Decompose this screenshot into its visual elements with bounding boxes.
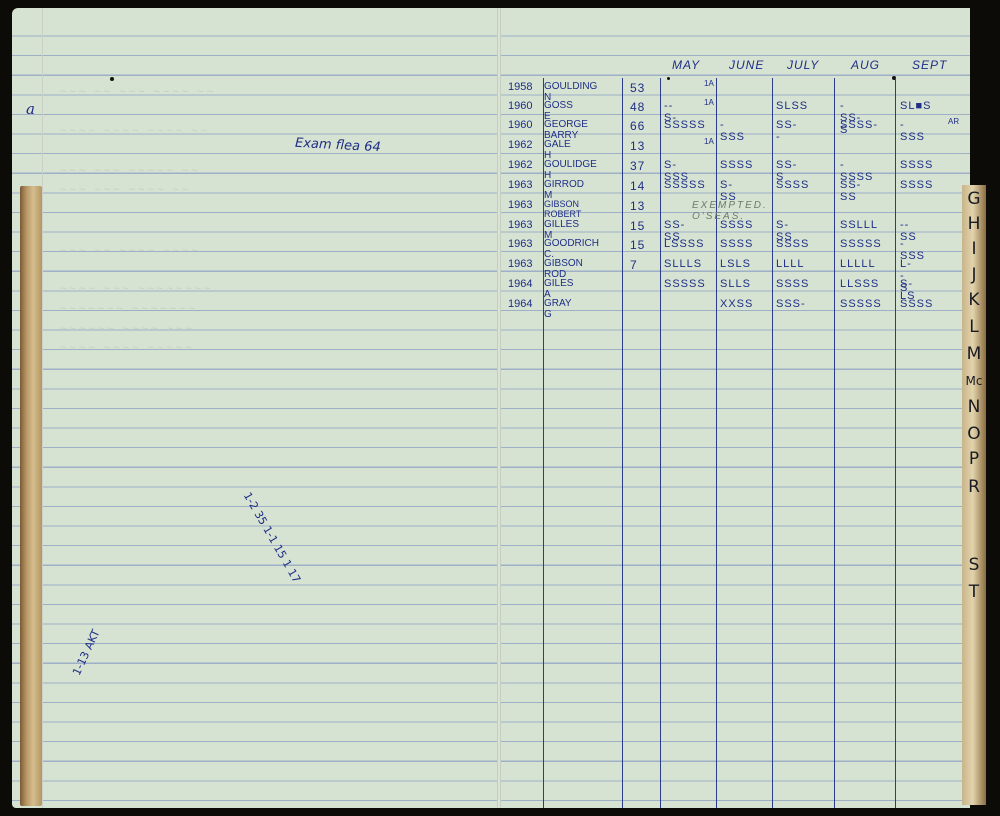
june-attendance: SLLS	[720, 278, 751, 290]
july-attendance: SSSS	[776, 179, 809, 191]
year: 1963	[508, 219, 532, 231]
july-attendance: SSSS	[776, 238, 809, 250]
page-impression: ~~~~ ~~~~ ~~~~~	[60, 342, 195, 354]
july-attendance: SSSS	[776, 278, 809, 290]
may-attendance: SSSSS	[664, 119, 706, 131]
june-attendance: -SSS	[720, 119, 745, 143]
member-name: Goodrich C.	[544, 238, 599, 260]
member-number: 14	[630, 179, 645, 193]
punch-dot	[110, 77, 114, 81]
index-tab-r[interactable]: R	[962, 475, 986, 500]
index-tab-t[interactable]: T	[962, 580, 986, 605]
july-attendance: SSS-	[776, 298, 806, 310]
year: 1962	[508, 139, 532, 151]
aug-attendance: LLSSS	[840, 278, 879, 290]
month-header-june: JUNE	[729, 58, 764, 72]
member-number: 13	[630, 139, 645, 153]
year: 1964	[508, 298, 532, 310]
year: 1962	[508, 159, 532, 171]
left-page-edge	[20, 186, 42, 806]
month-header-sept: SEPT	[912, 58, 947, 72]
member-number: 7	[630, 258, 638, 272]
aug-attendance: SS-SS	[840, 179, 861, 203]
punch-dot	[667, 77, 670, 80]
may-attendance: SLLLS	[664, 258, 702, 270]
sept-attendance: SSSS	[900, 298, 933, 310]
june-attendance: LSLS	[720, 258, 751, 270]
july-attendance: SLSS	[776, 100, 808, 112]
column-line	[895, 78, 896, 808]
may-note: 1A	[704, 98, 714, 107]
page-impression: ~~~~~~~ ~~~~~~~	[60, 303, 198, 315]
margin-letter: a	[26, 100, 35, 118]
month-header-may: MAY	[672, 58, 700, 72]
sept-attendance: SSSS	[900, 179, 933, 191]
index-tab-h[interactable]: H	[962, 212, 986, 237]
member-number: 66	[630, 119, 645, 133]
index-tab-l[interactable]: L	[962, 315, 986, 340]
index-tabs: G H I J K L M Mc N O P R S T	[962, 185, 986, 805]
member-name: Giles A	[544, 278, 573, 300]
year: 1960	[508, 100, 532, 112]
page-impression: ~~~ ~~~ ~~~~ ~~	[60, 184, 191, 196]
member-number: 37	[630, 159, 645, 173]
may-attendance: SSSSS	[664, 179, 706, 191]
year: 1963	[508, 199, 532, 211]
index-tab-j[interactable]: J	[962, 263, 986, 288]
member-name: George Barry	[544, 119, 588, 141]
page-impression: ~~~ ~~~ ~~~~~ ~~	[60, 165, 201, 177]
month-header-july: JULY	[787, 58, 819, 72]
year: 1963	[508, 179, 532, 191]
member-number: 15	[630, 219, 645, 233]
aug-attendance: SSSSS	[840, 298, 882, 310]
year: 1963	[508, 238, 532, 250]
index-tab-p[interactable]: P	[962, 447, 986, 472]
member-name: Gibson Robert	[544, 199, 581, 219]
index-tab-g[interactable]: G	[962, 187, 986, 212]
page-impression: ~~~~ ~~~~ ~~~~ ~~	[60, 125, 210, 137]
page-impression: ~~~ ~~ ~~~ ~~~~ ~~	[60, 86, 216, 98]
year: 1958	[508, 81, 532, 93]
sept-attendance: SSSS	[900, 159, 933, 171]
index-tab-o[interactable]: O	[962, 422, 986, 447]
month-header-aug: AUG	[851, 58, 880, 72]
index-tab-m[interactable]: M	[962, 342, 986, 367]
index-tab-n[interactable]: N	[962, 395, 986, 420]
member-name: Girrod M	[544, 179, 584, 201]
sept-attendance: -SSS	[900, 119, 925, 143]
index-tab-mc[interactable]: Mc	[962, 369, 986, 394]
page-impression: ~~~~ ~~~ ~~~~~~~~	[60, 283, 213, 295]
june-attendance: SSSS	[720, 159, 753, 171]
aug-attendance: SSLLL	[840, 219, 878, 231]
member-number: 48	[630, 100, 645, 114]
member-name: Gale H	[544, 139, 571, 161]
aug-attendance: SSSSS	[840, 238, 882, 250]
index-tab-s[interactable]: S	[962, 553, 986, 578]
member-name: Gray G	[544, 298, 571, 320]
member-name: Goulidge H	[544, 159, 597, 181]
may-note: 1A	[704, 79, 714, 88]
column-line	[772, 78, 773, 808]
sept-note: AR	[948, 117, 959, 126]
aug-attendance: LLLLL	[840, 258, 876, 270]
aug-attendance: SSSS-	[840, 119, 878, 131]
page-impression: ~~~ ~~ ~~~~ ~~~~	[60, 245, 201, 257]
left-margin-line	[42, 8, 43, 808]
july-attendance: LLLL	[776, 258, 804, 270]
column-line	[622, 78, 623, 808]
book-spine	[497, 8, 501, 808]
page-impression: ~~~~~~ ~~~~ ~~~	[60, 323, 195, 335]
column-line	[834, 78, 835, 808]
index-tab-i[interactable]: I	[962, 237, 986, 262]
july-attendance: SS--	[776, 119, 797, 143]
may-attendance: SSSSS	[664, 278, 706, 290]
sept-attendance: SL■S	[900, 100, 931, 112]
member-name: Gibson Rod	[544, 258, 583, 280]
year: 1964	[508, 278, 532, 290]
column-line	[716, 78, 717, 808]
may-note: 1A	[704, 137, 714, 146]
member-number: 13	[630, 199, 645, 213]
june-attendance: SSSS	[720, 219, 753, 231]
column-line	[660, 78, 661, 808]
index-tab-k[interactable]: K	[962, 288, 986, 313]
year: 1960	[508, 119, 532, 131]
june-attendance: SSSS	[720, 238, 753, 250]
year: 1963	[508, 258, 532, 270]
june-attendance: XXSS	[720, 298, 753, 310]
member-number: 53	[630, 81, 645, 95]
member-number: 15	[630, 238, 645, 252]
may-attendance: LSSSS	[664, 238, 704, 250]
